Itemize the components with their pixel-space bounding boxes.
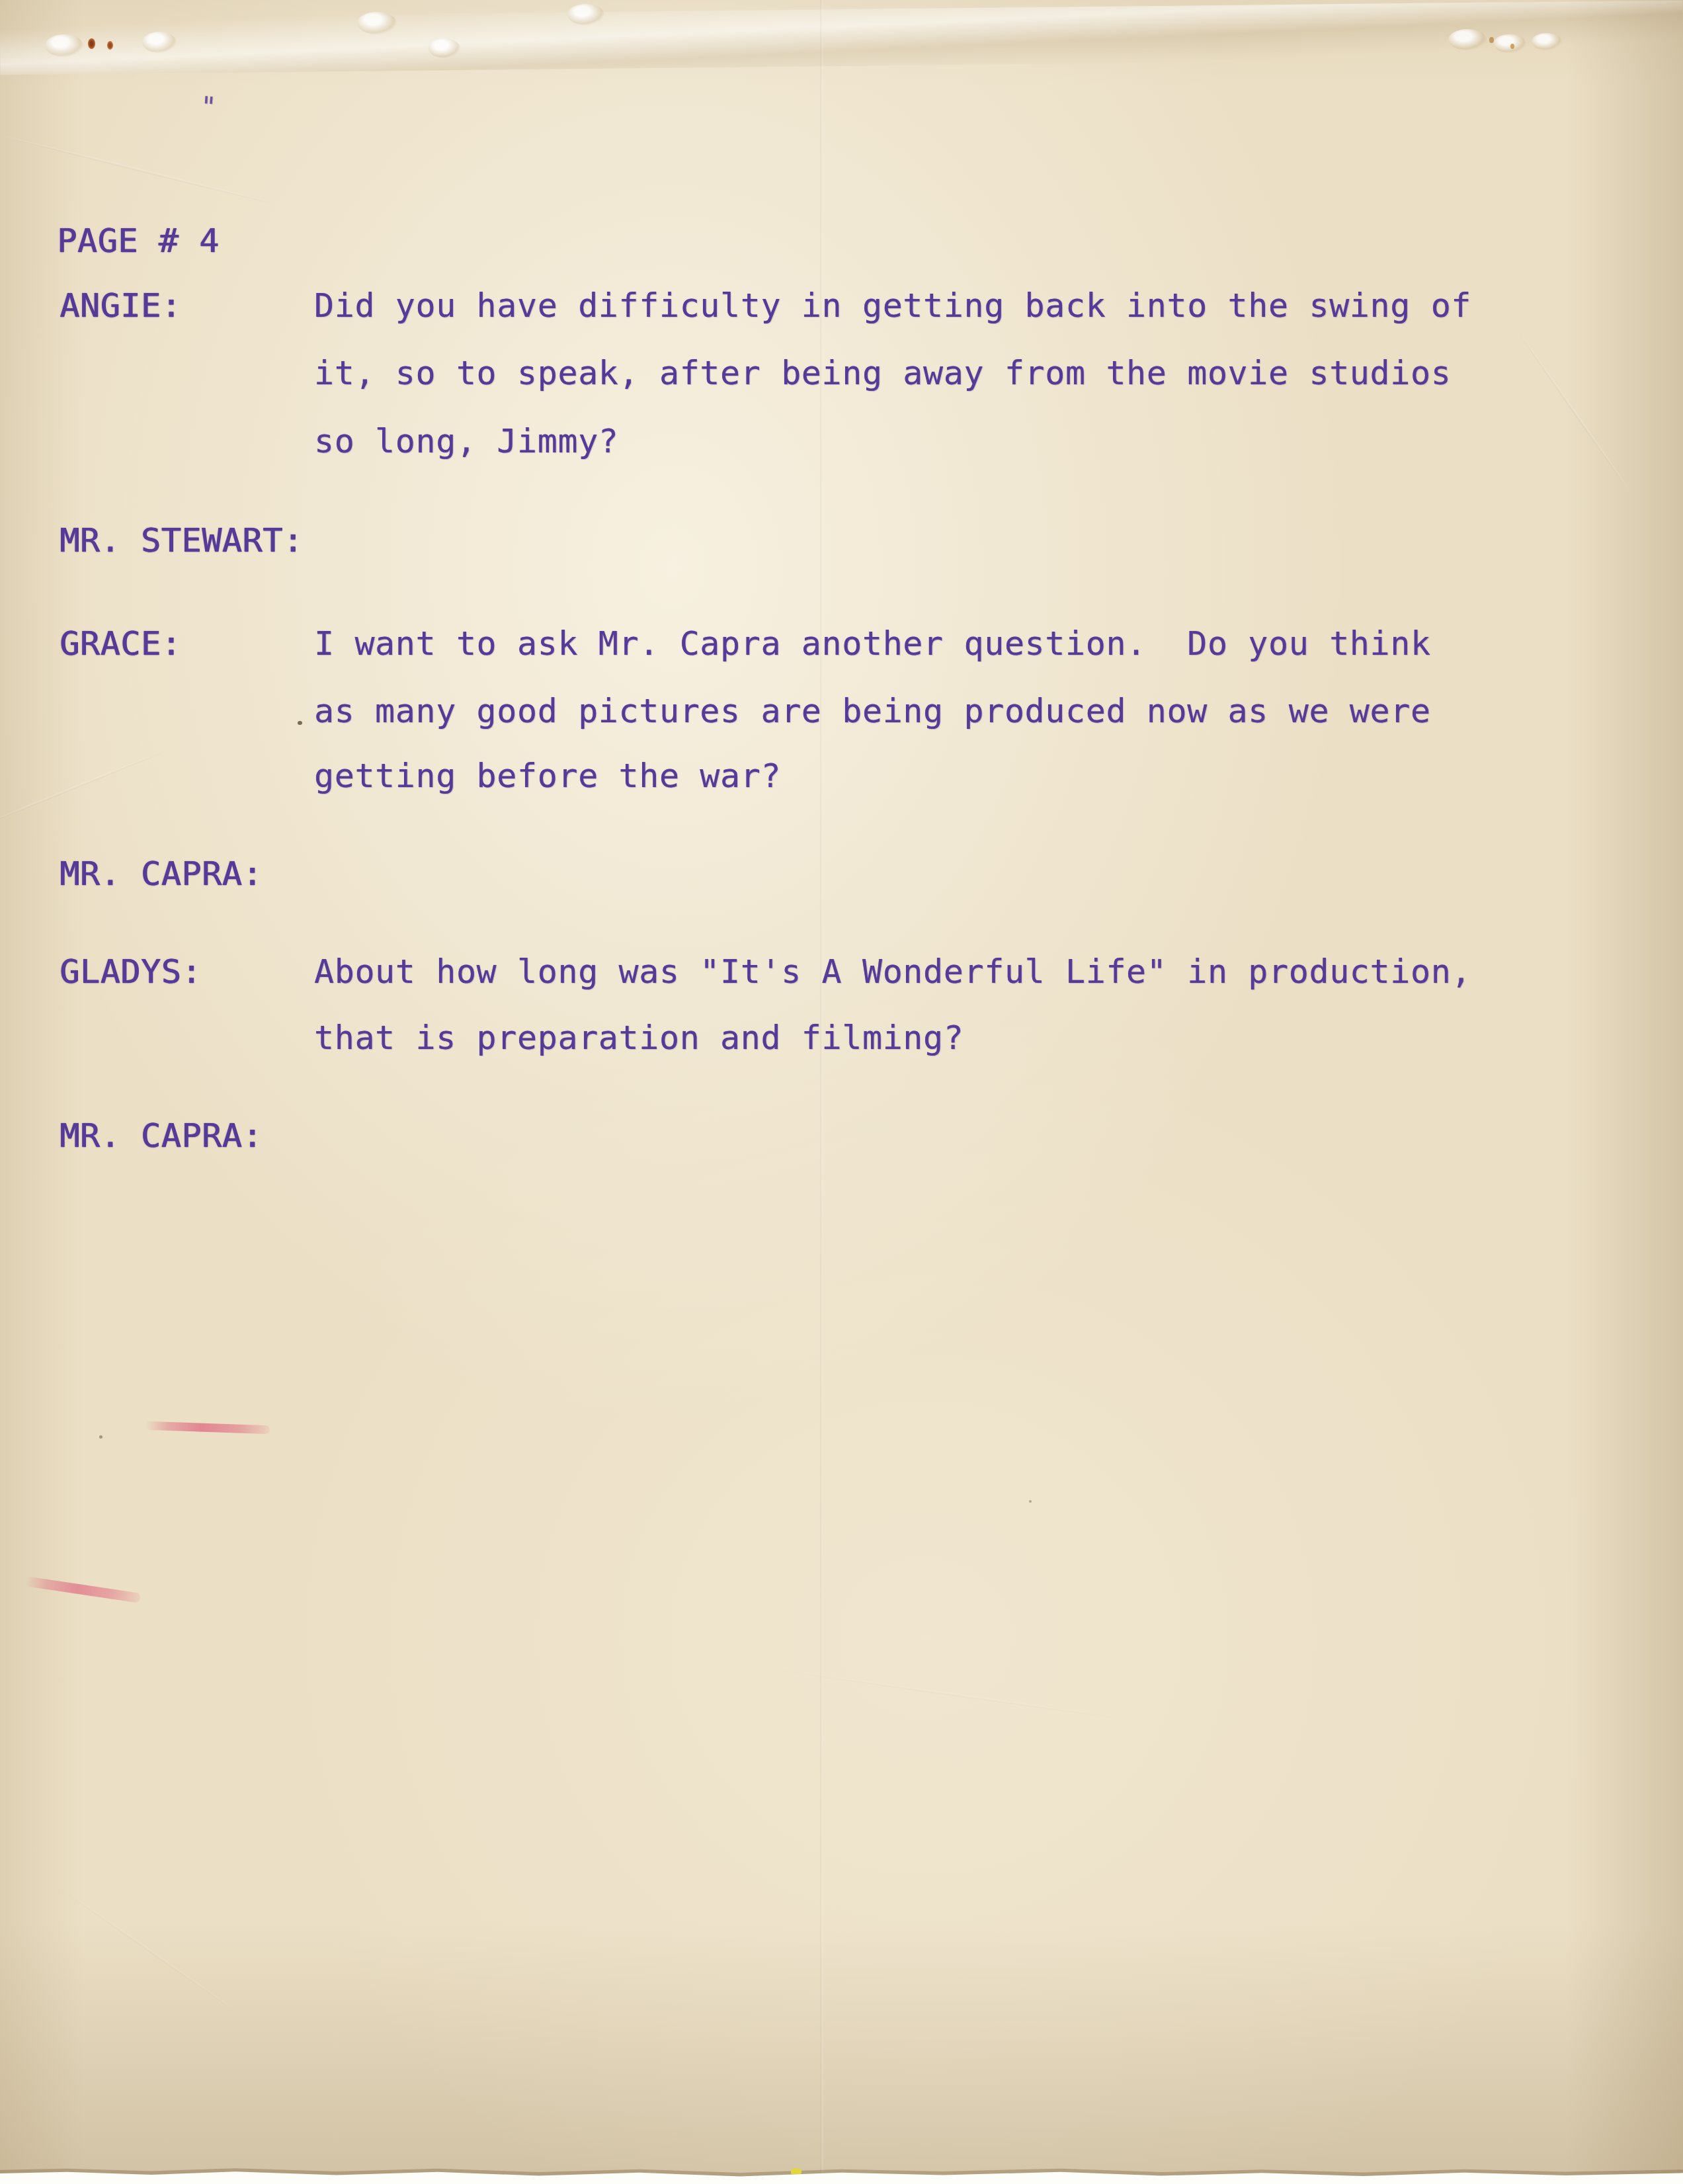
ink-speck <box>298 721 302 725</box>
top-crease <box>0 1 1683 75</box>
crease-mark <box>4 135 274 204</box>
speaker-label: GLADYS: <box>60 955 202 988</box>
crease-mark <box>60 1887 245 2018</box>
dialogue-line: it, so to speak, after being away from t… <box>314 357 1451 390</box>
paper-dent <box>567 4 604 25</box>
crease-mark <box>0 750 165 827</box>
rust-spot <box>1489 37 1494 43</box>
paper-dent <box>142 32 177 53</box>
crease-mark <box>782 1669 1122 1720</box>
dialogue-line: as many good pictures are being produced… <box>314 694 1431 728</box>
rust-spot <box>107 41 113 50</box>
page-number-heading: PAGE # 4 <box>57 224 220 257</box>
red-pencil-mark <box>25 1576 141 1603</box>
dialogue-line: getting before the war? <box>314 759 781 792</box>
rust-spot <box>1510 44 1514 49</box>
dialogue-line: About how long was "It's A Wonderful Lif… <box>314 955 1471 988</box>
speaker-label: MR. CAPRA: <box>60 1119 263 1152</box>
paper-dent <box>1532 33 1562 50</box>
speaker-label: ANGIE: <box>60 289 181 322</box>
vertical-fold-crease <box>820 0 823 2184</box>
typewritten-transcript-page: " PAGE # 4 ANGIE: Did you have difficult… <box>0 0 1683 2184</box>
dialogue-line: Did you have difficulty in getting back … <box>314 289 1471 322</box>
dialogue-line: so long, Jimmy? <box>314 425 619 458</box>
ink-speck <box>99 1435 103 1439</box>
speaker-label: GRACE: <box>60 627 181 660</box>
dialogue-line: I want to ask Mr. Capra another question… <box>314 627 1431 660</box>
stray-quote-mark: " <box>200 93 218 121</box>
dialogue-line: that is preparation and filming? <box>314 1021 964 1054</box>
rust-spot <box>88 38 95 49</box>
speaker-label: MR. STEWART: <box>60 524 303 557</box>
paper-dent <box>1448 29 1487 50</box>
paper-dent <box>429 38 460 58</box>
speaker-label: MR. CAPRA: <box>60 857 263 890</box>
paper-dent <box>357 12 397 34</box>
yellow-fleck <box>791 2168 801 2174</box>
crease-mark <box>1516 329 1631 493</box>
ink-speck <box>1029 1500 1032 1503</box>
paper-dent <box>45 34 83 57</box>
red-pencil-mark <box>145 1421 270 1435</box>
paper-dent <box>1493 34 1526 53</box>
